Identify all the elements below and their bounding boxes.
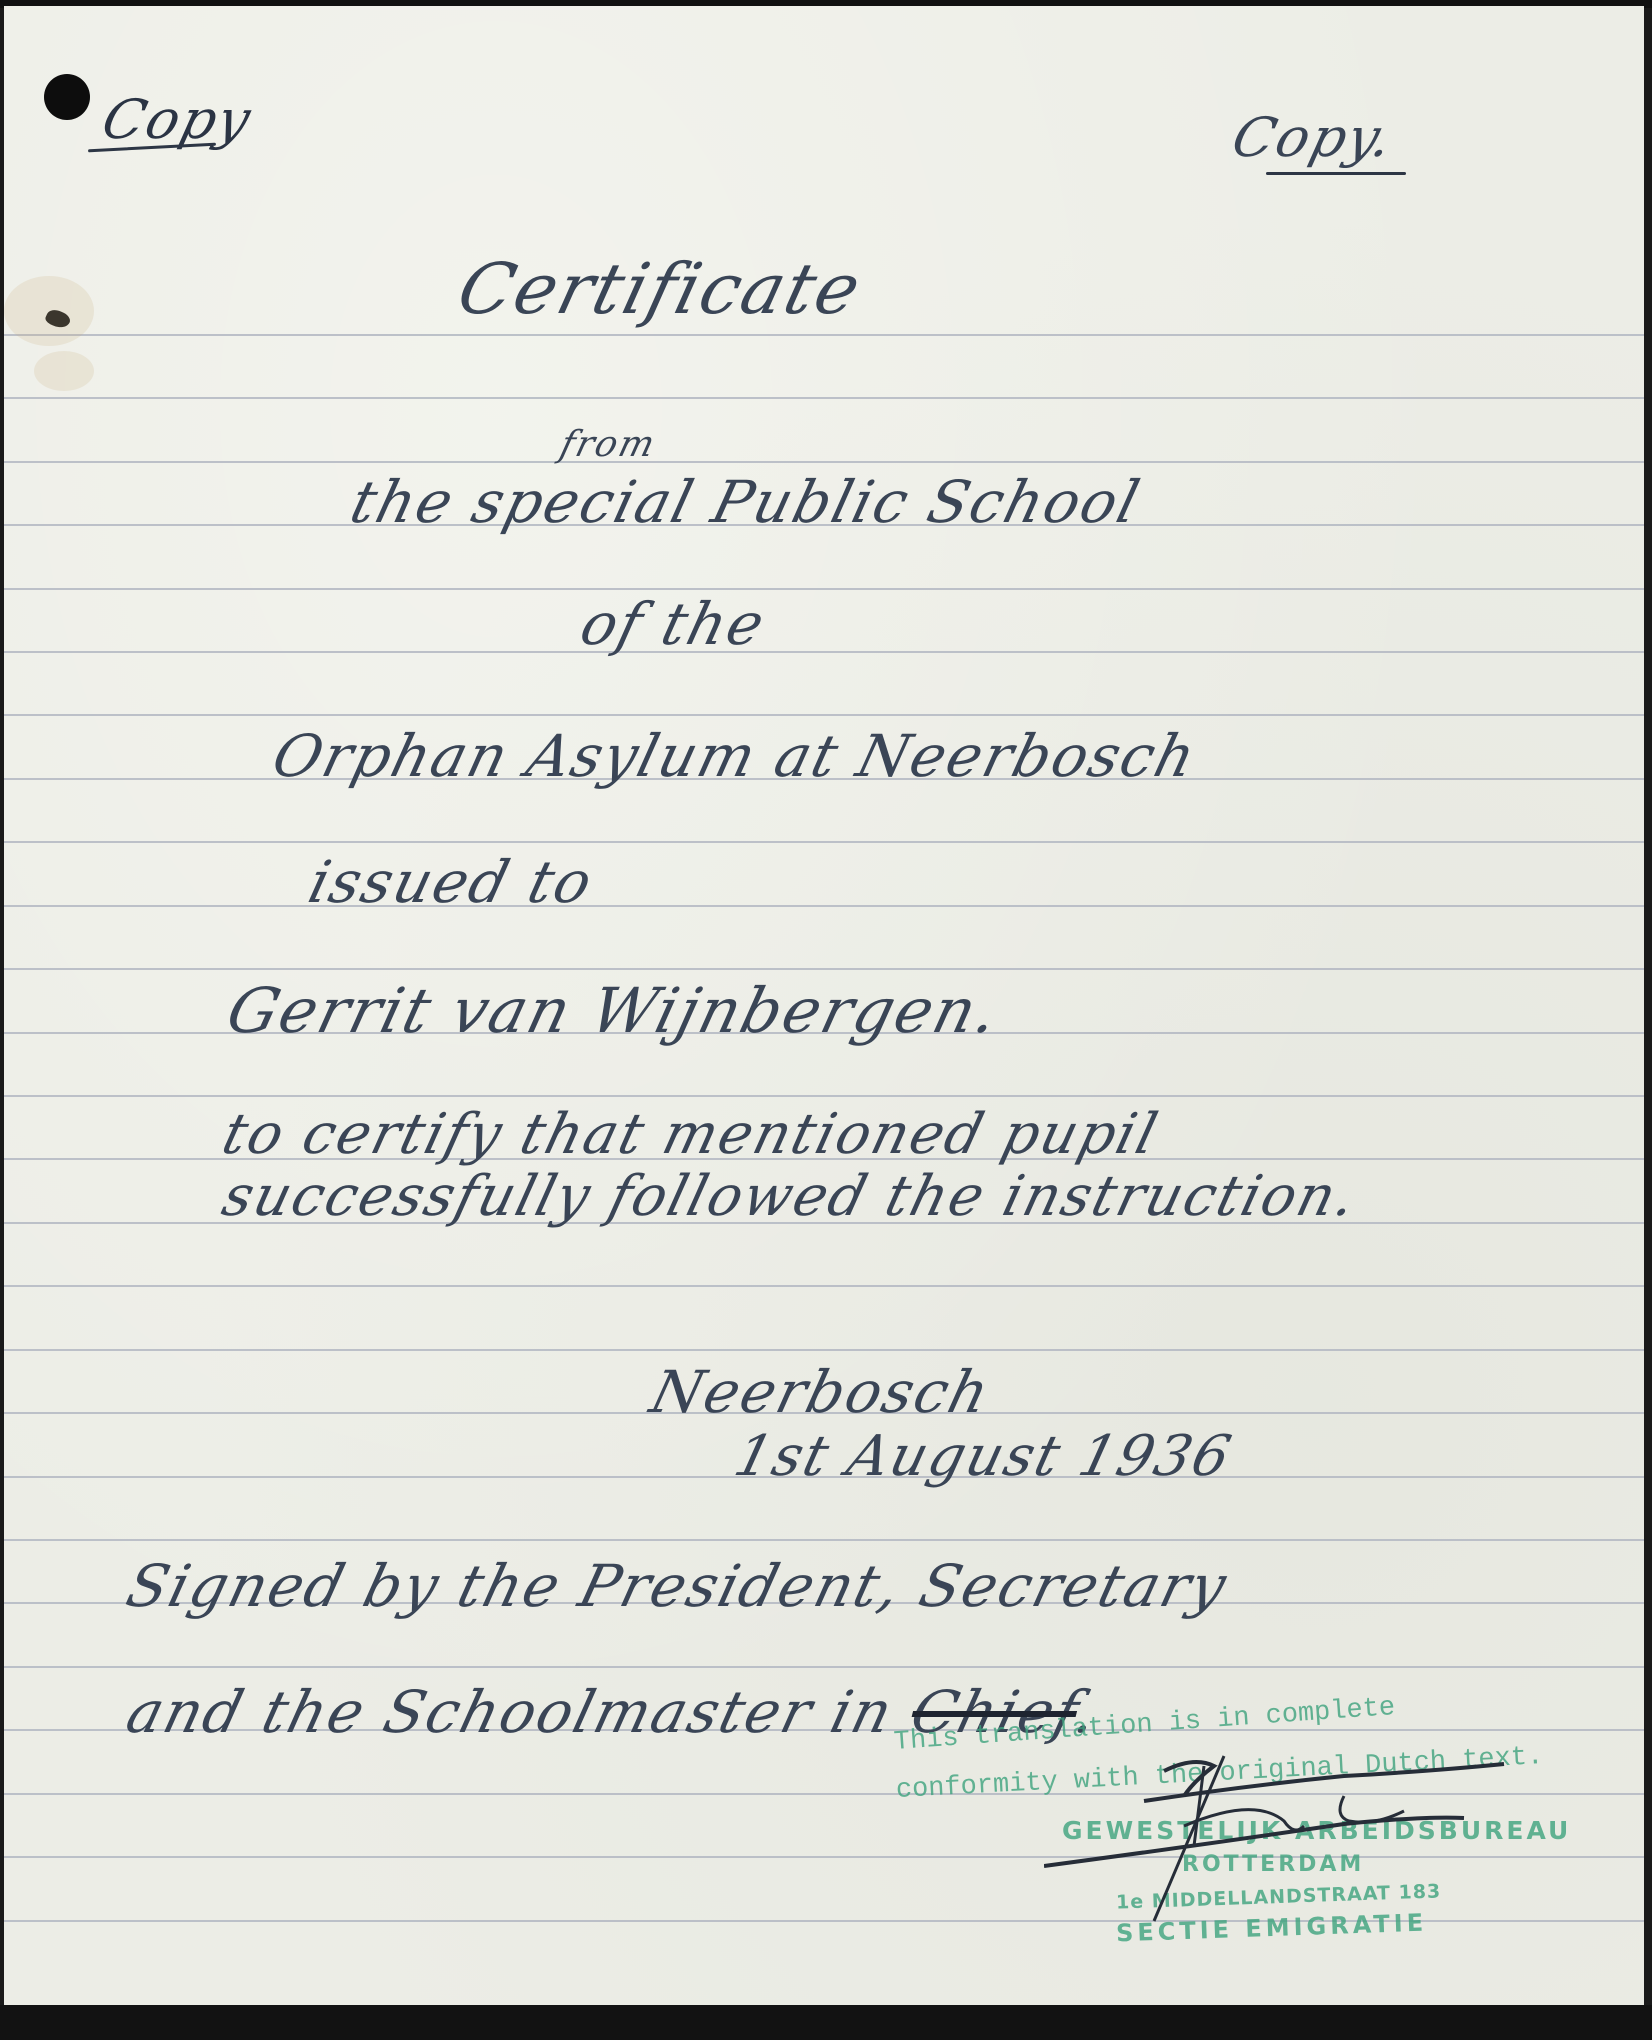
copy-right-underline [1266,172,1406,175]
document-page: Copy Copy. Certificate from the special … [4,6,1644,2006]
signature-icon [1044,1726,1524,1926]
recipient-name: Gerrit van Wijnbergen. [220,974,1007,1047]
ruled-line [4,1349,1644,1351]
signed-by-line-1: Signed by the President, Secretary [120,1552,1235,1620]
body-line-issued-to: issued to [302,848,601,916]
body-line-instruction: successfully followed the instruction. [216,1164,1364,1229]
signed-by-prefix: and the Schoolmaster in [120,1678,901,1746]
ruled-line [4,1539,1644,1541]
ruled-line [4,397,1644,399]
ruled-line [4,651,1644,653]
ruled-line [4,968,1644,970]
ruled-line [4,905,1644,907]
ruled-line [4,841,1644,843]
place: Neerbosch [644,1358,998,1426]
paper-stain [4,276,94,346]
body-line-certify: to certify that mentioned pupil [216,1102,1165,1167]
ruled-line [4,588,1644,590]
paper-stain [34,351,94,391]
ruled-line [4,461,1644,463]
ruled-line [4,714,1644,716]
ruled-line [4,1285,1644,1287]
body-line-from: from [556,424,661,465]
date: 1st August 1936 [728,1424,1239,1489]
certificate-title: Certificate [450,248,870,330]
ruled-line [4,334,1644,336]
scan-bottom-edge [0,2005,1652,2040]
copy-mark-left: Copy [96,88,259,151]
body-line-orphan-asylum: Orphan Asylum at Neerbosch [266,722,1204,790]
copy-mark-right: Copy. [1226,106,1401,169]
punch-hole [44,74,90,120]
body-line-school: the special Public School [344,468,1148,536]
body-line-of-the: of the [574,590,773,658]
ruled-line [4,1666,1644,1668]
ruled-line [4,1095,1644,1097]
